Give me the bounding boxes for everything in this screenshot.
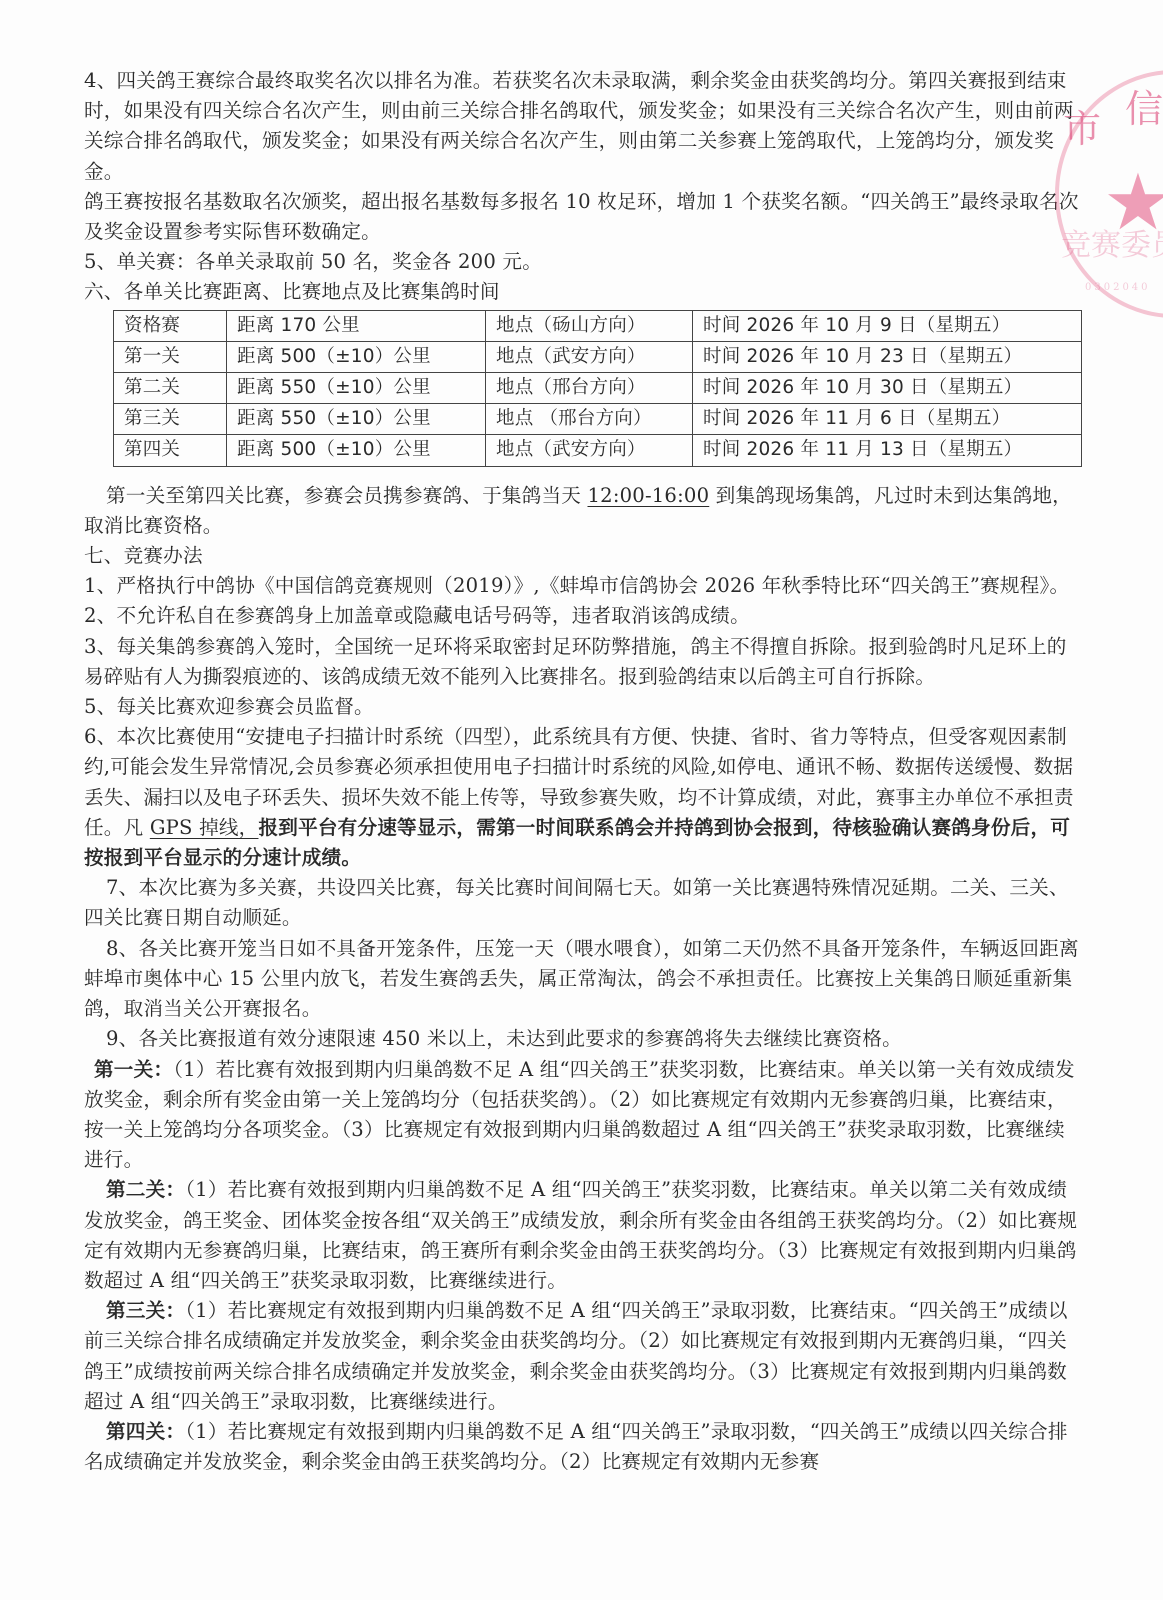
rule-8: 8、各关比赛开笼当日如不具备开笼条件，压笼一天（喂水喂食），如第二天仍然不具备开… [84,934,1079,1025]
rule-9: 9、各关比赛报道有效分速限速 450 米以上，未达到此要求的参赛鸽将失去继续比赛… [84,1024,1079,1054]
rule-7: 7、本次比赛为多关赛，共设四关比赛，每关比赛时间间隔七天。如第一关比赛遇特殊情况… [84,873,1079,933]
stage-cell: 资格赛 [114,310,227,341]
stage-rule-label: 第一关： [94,1058,173,1081]
table-row: 第二关 距离 550（±10）公里 地点（邢台方向） 时间 2026 年 10 … [114,373,1082,404]
stage-cell: 第二关 [114,373,227,404]
stage-rule-text: （1）若比赛有效报到期内归巢鸽数不足 A 组“四关鸽王”获奖羽数，比赛结束。单关… [84,1058,1075,1172]
schedule-table: 资格赛 距离 170 公里 地点（砀山方向） 时间 2026 年 10 月 9 … [113,310,1082,467]
star-icon: ★ [1103,158,1163,248]
section4-quota-paragraph: 鸽王赛按报名基数取名次颁奖，超出报名基数每多报名 10 枚足环，增加 1 个获奖… [84,187,1079,247]
time-cell: 时间 2026 年 10 月 23 日（星期五） [693,341,1082,372]
location-cell: 地点（邢台方向） [486,373,693,404]
seal-code: 0302040 [1085,282,1151,293]
section7-heading: 七、竞赛办法 [84,541,1079,571]
distance-cell: 距离 170 公里 [227,310,486,341]
rule-6: 6、本次比赛使用“安捷电子扫描计时系统（四型），此系统具有方便、快捷、省时、省力… [84,722,1079,873]
stage-rule-1: 第一关：（1）若比赛有效报到期内归巢鸽数不足 A 组“四关鸽王”获奖羽数，比赛结… [84,1055,1079,1176]
table-row: 第四关 距离 500（±10）公里 地点（武安方向） 时间 2026 年 11 … [114,435,1082,466]
stage-rule-text: （1）若比赛有效报到期内归巢鸽数不足 A 组“四关鸽王”获奖羽数，比赛结束。单关… [84,1178,1077,1292]
section6-heading: 六、各单关比赛距离、比赛地点及比赛集鸽时间 [84,277,1079,307]
time-cell: 时间 2026 年 11 月 13 日（星期五） [693,435,1082,466]
table-row: 资格赛 距离 170 公里 地点（砀山方向） 时间 2026 年 10 月 9 … [114,310,1082,341]
rule-2: 2、不允许私自在参赛鸽身上加盖章或隐藏电话号码等，违者取消该鸽成绩。 [84,601,1079,631]
location-cell: 地点 （邢台方向） [486,404,693,435]
collection-note: 第一关至第四关比赛，参赛会员携参赛鸽、于集鸽当天 12:00-16:00 到集鸽… [84,481,1079,541]
location-cell: 地点（武安方向） [486,435,693,466]
distance-cell: 距离 550（±10）公里 [227,373,486,404]
location-cell: 地点（武安方向） [486,341,693,372]
collection-time: 12:00-16:00 [587,484,709,507]
distance-cell: 距离 500（±10）公里 [227,341,486,372]
distance-cell: 距离 500（±10）公里 [227,435,486,466]
stage-cell: 第四关 [114,435,227,466]
rule-3: 3、每关集鸽参赛鸽入笼时，全国统一足环将采取密封足环防弊措施，鸽主不得擅自拆除。… [84,632,1079,692]
stage-rule-3: 第三关：（1）若比赛规定有效报到期内归巢鸽数不足 A 组“四关鸽王”录取羽数，比… [84,1296,1079,1417]
stage-rule-label: 第三关： [106,1299,185,1322]
stage-cell: 第一关 [114,341,227,372]
stage-rule-label: 第四关： [106,1420,185,1443]
single-stage-paragraph: 5、单关赛：各单关录取前 50 名，奖金各 200 元。 [84,247,1079,277]
stage-rule-text: （1）若比赛规定有效报到期内归巢鸽数不足 A 组“四关鸽王”录取羽数，“四关鸽王… [84,1420,1068,1473]
rule-1: 1、严格执行中鸽协《中国信鸽竞赛规则（2019）》,《蚌埠市信鸽协会 2026 … [84,571,1079,601]
time-cell: 时间 2026 年 11 月 6 日（星期五） [693,404,1082,435]
document-page: 4、四关鸽王赛综合最终取奖名次以排名为准。若获奖名次未录取满，剩余奖金由获奖鸽均… [84,66,1079,1477]
table-row: 第一关 距离 500（±10）公里 地点（武安方向） 时间 2026 年 10 … [114,341,1082,372]
distance-cell: 距离 550（±10）公里 [227,404,486,435]
section4-paragraph: 4、四关鸽王赛综合最终取奖名次以排名为准。若获奖名次未录取满，剩余奖金由获奖鸽均… [84,66,1079,187]
rule-6-gps-underlined: GPS 掉线， [150,816,259,839]
location-cell: 地点（砀山方向） [486,310,693,341]
stage-cell: 第三关 [114,404,227,435]
time-cell: 时间 2026 年 10 月 30 日（星期五） [693,373,1082,404]
collection-note-text: 第一关至第四关比赛，参赛会员携参赛鸽、于集鸽当天 [106,484,587,507]
time-cell: 时间 2026 年 10 月 9 日（星期五） [693,310,1082,341]
stage-rule-4: 第四关：（1）若比赛规定有效报到期内归巢鸽数不足 A 组“四关鸽王”录取羽数，“… [84,1417,1079,1477]
table-row: 第三关 距离 550（±10）公里 地点 （邢台方向） 时间 2026 年 11… [114,404,1082,435]
rule-5: 5、每关比赛欢迎参赛会员监督。 [84,692,1079,722]
stage-rule-text: （1）若比赛规定有效报到期内归巢鸽数不足 A 组“四关鸽王”录取羽数，比赛结束。… [84,1299,1068,1413]
stage-rule-2: 第二关：（1）若比赛有效报到期内归巢鸽数不足 A 组“四关鸽王”获奖羽数，比赛结… [84,1175,1079,1296]
stage-rule-label: 第二关： [106,1178,185,1201]
seal-char: 信 [1125,78,1163,133]
